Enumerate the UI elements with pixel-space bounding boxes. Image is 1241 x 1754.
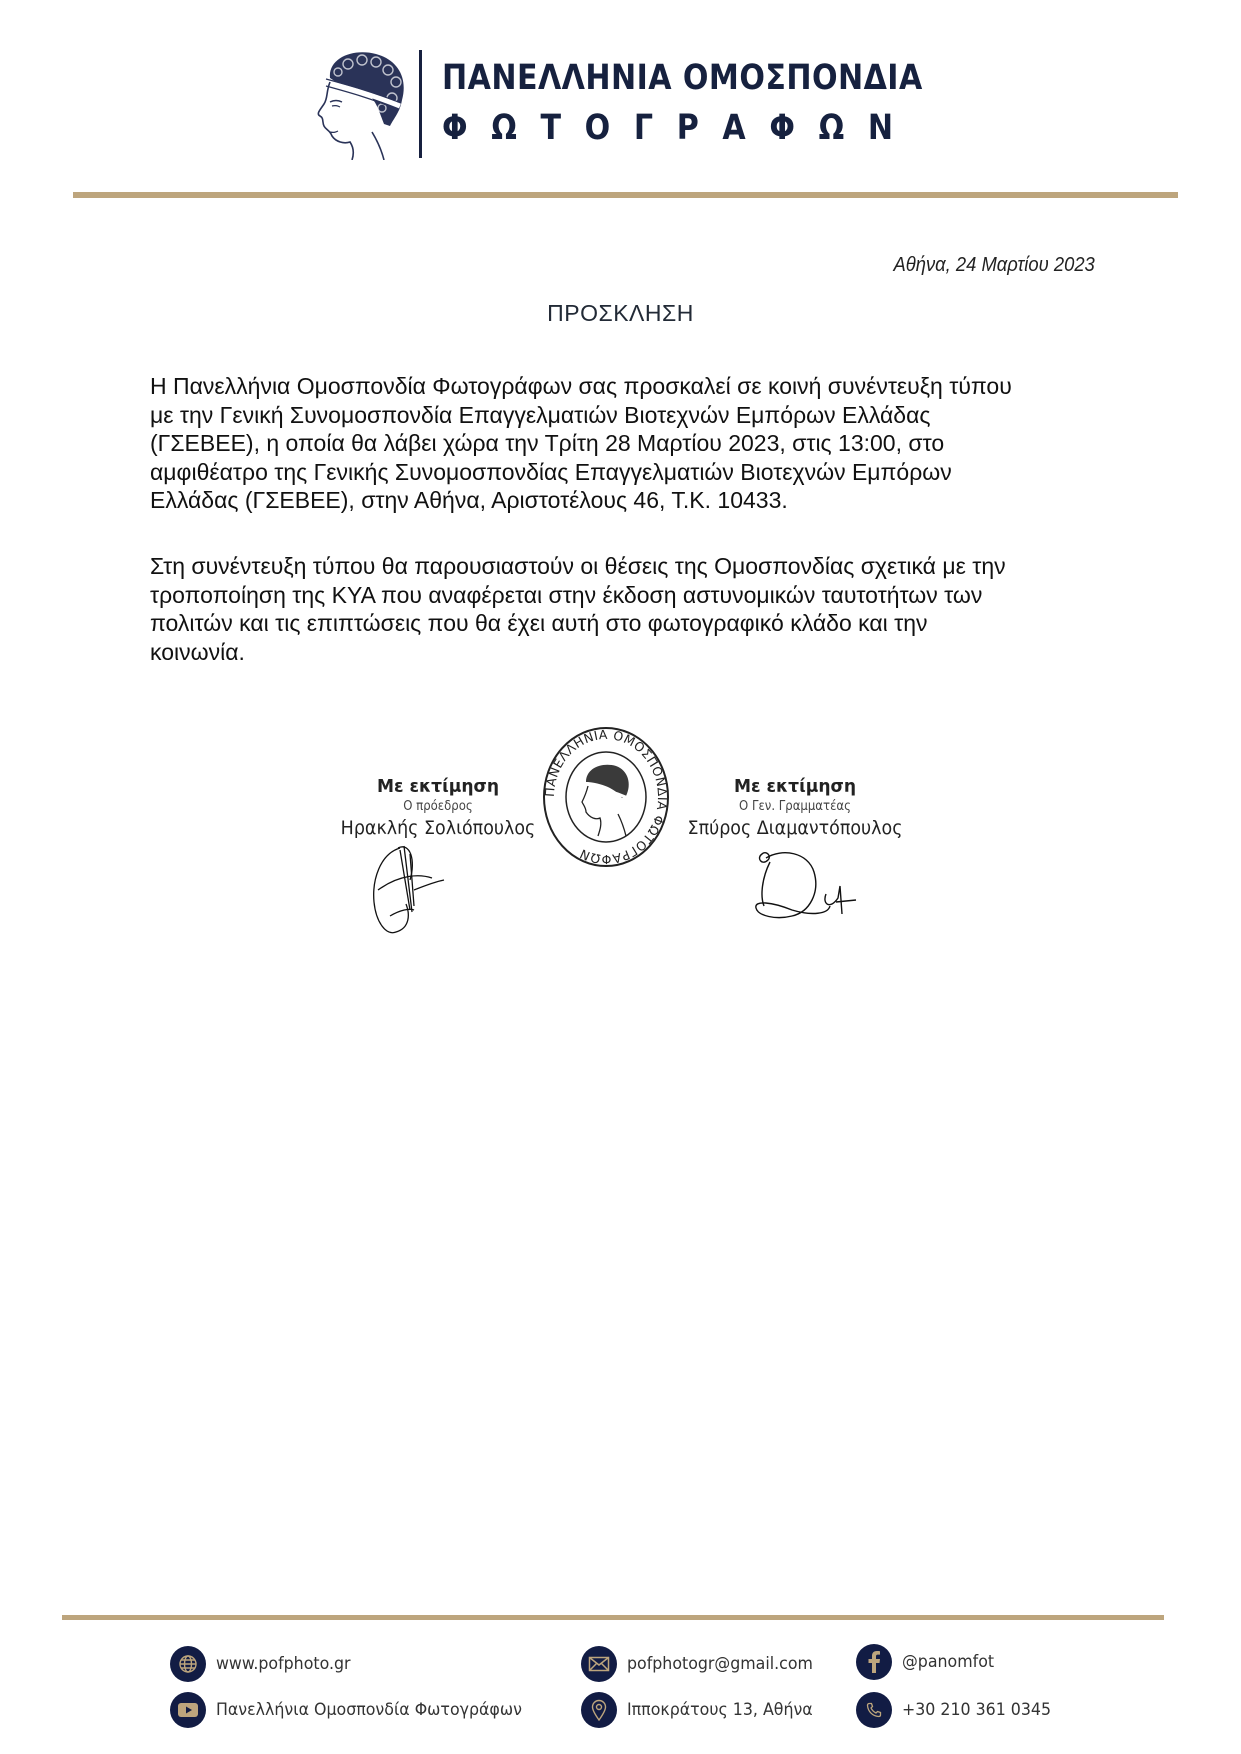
contact-label: pofphotogr@gmail.com (627, 1654, 813, 1674)
envelope-icon (581, 1646, 617, 1682)
paragraph-line: κοινωνία. (150, 638, 1110, 667)
paragraph-invitation: Η Πανελλήνια Ομοσπονδία Φωτογράφων σας π… (150, 372, 1110, 515)
facebook-icon (856, 1644, 892, 1680)
contact-label: www.pofphoto.gr (216, 1654, 351, 1674)
handwritten-signature-icon (752, 848, 864, 924)
contact-label: Πανελλήνια Ομοσπονδία Φωτογράφων (216, 1700, 522, 1720)
signature-role: Ο πρόεδρος (330, 798, 546, 815)
paragraph-line: (ΓΣΕΒΕΕ), η οποία θα λάβει χώρα την Τρίτ… (150, 429, 1110, 458)
contact-label: Ιπποκράτους 13, Αθήνα (627, 1700, 813, 1720)
contact-email[interactable]: pofphotogr@gmail.com (581, 1646, 827, 1682)
paragraph-line: τροποποίηση της ΚΥΑ που αναφέρεται στην … (150, 581, 1110, 610)
phone-icon (856, 1692, 892, 1728)
header-gold-divider (73, 192, 1178, 198)
signature-block-secretary: Με εκτίμηση Ο Γεν. Γραμματέας Σπύρος Δια… (670, 776, 920, 841)
signature-block-president: Με εκτίμηση Ο πρόεδρος Ηρακλής Σολιόπουλ… (318, 776, 558, 841)
contact-label: +30 210 361 0345 (902, 1700, 1051, 1720)
signature-greeting: Με εκτίμηση (324, 776, 552, 798)
logo-head-icon (308, 48, 410, 160)
signature-name: Σπύρος Διαμαντόπουλος (680, 815, 910, 841)
contact-label: @panomfot (902, 1652, 994, 1672)
organization-seal-icon: ΠΑΝΕΛΛΗΝΙΑ ΟΜΟΣΠΟΝΔΙΑ ΦΩΤΟΓΡΑΦΩΝ (542, 726, 670, 868)
paragraph-topics: Στη συνέντευξη τύπου θα παρουσιαστούν οι… (150, 552, 1110, 666)
contact-address[interactable]: Ιπποκράτους 13, Αθήνα (581, 1692, 827, 1728)
youtube-icon (170, 1692, 206, 1728)
paragraph-line: με την Γενική Συνομοσπονδία Επαγγελματιώ… (150, 401, 1110, 430)
globe-icon (170, 1646, 206, 1682)
contact-phone[interactable]: +30 210 361 0345 (856, 1692, 1062, 1728)
header-vertical-divider (419, 50, 422, 158)
signature-name: Ηρακλής Σολιόπουλος (328, 815, 549, 841)
signature-greeting: Με εκτίμηση (676, 776, 914, 798)
paragraph-line: αμφιθέατρο της Γενικής Συνομοσπονδίας Επ… (150, 458, 1110, 487)
handwritten-signature-icon (370, 840, 470, 940)
contact-youtube[interactable]: Πανελλήνια Ομοσπονδία Φωτογράφων (170, 1692, 545, 1728)
contact-website[interactable]: www.pofphoto.gr (170, 1646, 361, 1682)
contact-facebook[interactable]: @panomfot (856, 1644, 1001, 1680)
paragraph-line: Στη συνέντευξη τύπου θα παρουσιαστούν οι… (150, 552, 1110, 581)
org-name-line1: ΠΑΝΕΛΛΗΝΙΑ ΟΜΟΣΠΟΝΔΙΑ (442, 58, 923, 98)
paragraph-line: Ελλάδας (ΓΣΕΒΕΕ), στην Αθήνα, Αριστοτέλο… (150, 486, 1110, 515)
document-title: ΠΡΟΣΚΛΗΣΗ (0, 300, 1241, 327)
footer-gold-divider (62, 1615, 1164, 1620)
map-pin-icon (581, 1692, 617, 1728)
paragraph-line: Η Πανελλήνια Ομοσπονδία Φωτογράφων σας π… (150, 372, 1110, 401)
letter-date: Αθήνα, 24 Μαρτίου 2023 (894, 254, 1095, 277)
paragraph-line: πολιτών και τις επιπτώσεις που θα έχει α… (150, 609, 1110, 638)
signature-role: Ο Γεν. Γραμματέας (683, 798, 908, 815)
org-name-line2: ΦΩΤΟΓΡΑΦΩΝ (442, 108, 917, 148)
